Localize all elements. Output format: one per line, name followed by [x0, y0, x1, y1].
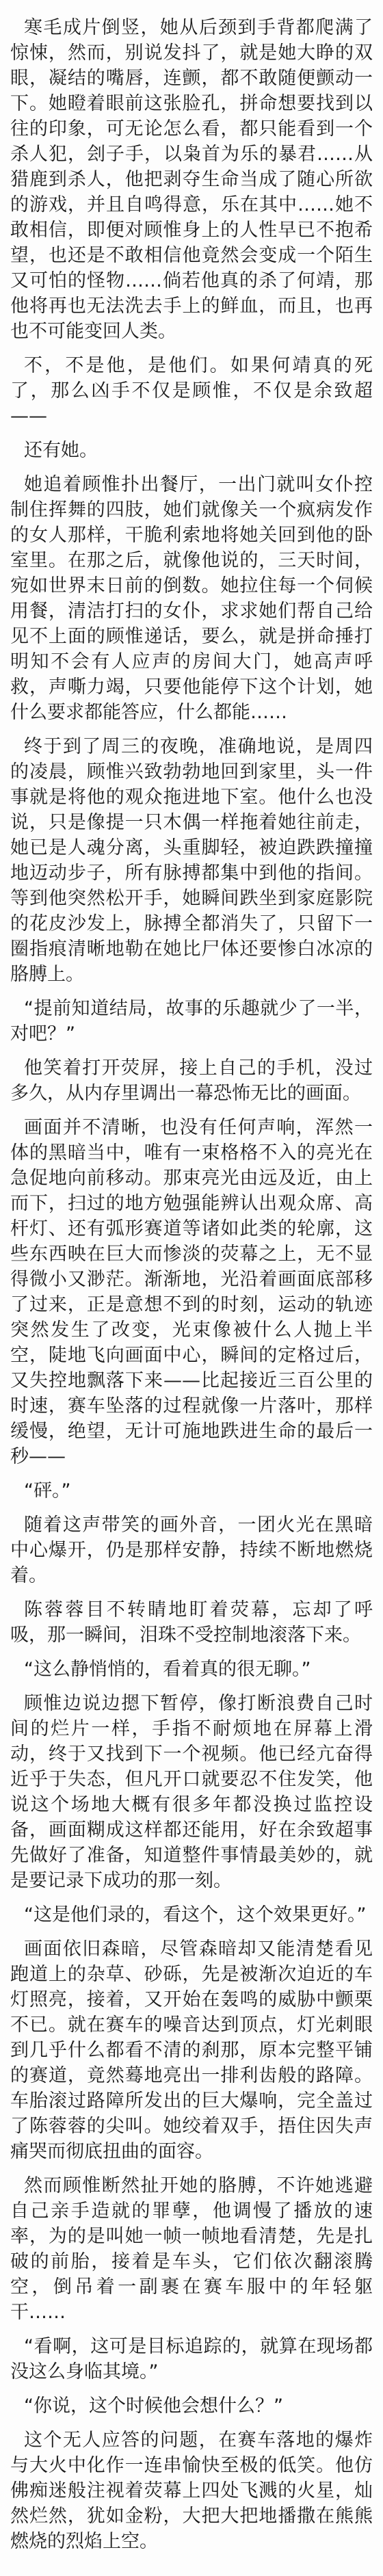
story-paragraph: “这么静悄悄的，看着真的很无聊。”: [10, 1657, 373, 1682]
story-paragraph: 寒毛成片倒竖，她从后颈到手背都爬满了惊悚，然而，别说发抖了，就是她大睁的双眼，凝…: [10, 15, 373, 344]
story-paragraph: 陈蓉蓉目不转睛地盯着荧幕，忘却了呼吸，那一瞬间，泪珠不受控制地滚落下来。: [10, 1597, 373, 1648]
story-paragraph: 终于到了周三的夜晚，准确地说，是周四的凌晨，顾惟兴致勃勃地回到家里，头一件事就是…: [10, 734, 373, 987]
story-paragraph: “你说，这个时候他会想什么？”: [10, 2393, 373, 2419]
story-paragraph: 不，不是他，是他们。如果何靖真的死了，那么凶手不仅是顾惟，不仅是余致超——: [10, 353, 373, 429]
reader-page: 寒毛成片倒竖，她从后颈到手背都爬满了惊悚，然而，别说发抖了，就是她大睁的双眼，凝…: [0, 0, 383, 2576]
story-paragraph: “看啊，这可是目标追踪的，就算在现场都没这么身临其境。”: [10, 2334, 373, 2384]
story-paragraph: 画面依旧森暗，尽管森暗却又能清楚看见跑道上的杂草、砂砾，先是被渐次迫近的车灯照亮…: [10, 1936, 373, 2164]
story-paragraph: 顾惟边说边摁下暂停，像打断浪费自己时间的烂片一样，手指不耐烦地在屏幕上滑动，终于…: [10, 1691, 373, 1893]
story-paragraph: “这是他们录的，看这个，这个效果更好。”: [10, 1902, 373, 1928]
story-paragraph: 还有她。: [10, 438, 373, 463]
story-paragraph: 画面并不清晰，也没有任何声响，浑然一体的黑暗当中，唯有一束格格不入的亮光在急促地…: [10, 1115, 373, 1469]
story-paragraph: 她追着顾惟扑出餐厅，一出门就叫女仆控制住挥舞的四肢，她们就像关一个疯病发作的女人…: [10, 472, 373, 725]
story-paragraph: 这个无人应答的问题，在赛车落地的爆炸与大火中化作一连串愉快至极的低笑。他仿佛痴迷…: [10, 2428, 373, 2554]
story-paragraph: “提前知道结局，故事的乐趣就少了一半，对吧？”: [10, 996, 373, 1047]
story-paragraph: 随着这声带笑的画外音，一团火光在黑暗中心爆开，仍是那样安静，持续不断地燃烧着。: [10, 1512, 373, 1588]
story-paragraph: 他笑着打开荧屏，接上自己的手机，没过多久，从内存里调出一幕恐怖无比的画面。: [10, 1055, 373, 1106]
story-paragraph: 然而顾惟断然扯开她的胳膊，不许她逃避自己亲手造就的罪孽，他调慢了播放的速率，为的…: [10, 2173, 373, 2325]
story-paragraph: “砰。”: [10, 1478, 373, 1503]
story-text: 寒毛成片倒竖，她从后颈到手背都爬满了惊悚，然而，别说发抖了，就是她大睁的双眼，凝…: [10, 15, 373, 2554]
